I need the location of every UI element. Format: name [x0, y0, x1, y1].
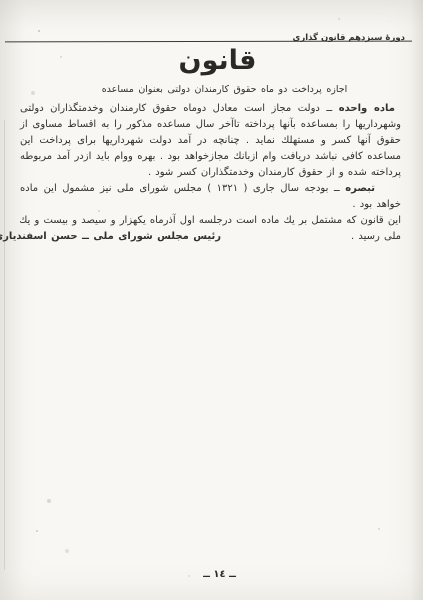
page-number: ــ ١٤ ــ [8, 569, 423, 580]
article-text: دولت مجاز است معادل دوماه حقوق كارمندان … [20, 103, 401, 178]
speaker-signature: رئيس مجلس شورای ملی ــ حسن اسفندياری [0, 229, 221, 245]
document-title: قانون [6, 45, 423, 76]
closing-text-line1: اين قانون كه مشتمل بر يك ماده است درجلسه… [20, 213, 401, 229]
article-label: ماده واحده [339, 103, 395, 114]
document-body: ماده واحده ــ دولت مجاز است معادل دوماه … [20, 101, 401, 245]
document-subtitle: اجازه پرداخت دو ماه حقوق كارمندان دولتی … [13, 84, 423, 95]
document-page: دورهٔ سيزدهم قانون گذاری قانون اجازه پرد… [0, 0, 423, 600]
note-paragraph: تبصره ــ بودجه سال جاری ( ١٣٢١ ) مجلس شو… [20, 181, 401, 213]
article-separator: ــ [320, 103, 339, 114]
closing-last-line: ملی رسيد . رئيس مجلس شورای ملی ــ حسن اس… [20, 229, 401, 245]
note-label: تبصره [345, 183, 375, 194]
closing-text-line2: ملی رسيد . [351, 229, 401, 245]
article-paragraph: ماده واحده ــ دولت مجاز است معادل دوماه … [20, 101, 401, 181]
scan-edge-artifact [4, 120, 5, 570]
note-separator: ــ [328, 183, 345, 194]
